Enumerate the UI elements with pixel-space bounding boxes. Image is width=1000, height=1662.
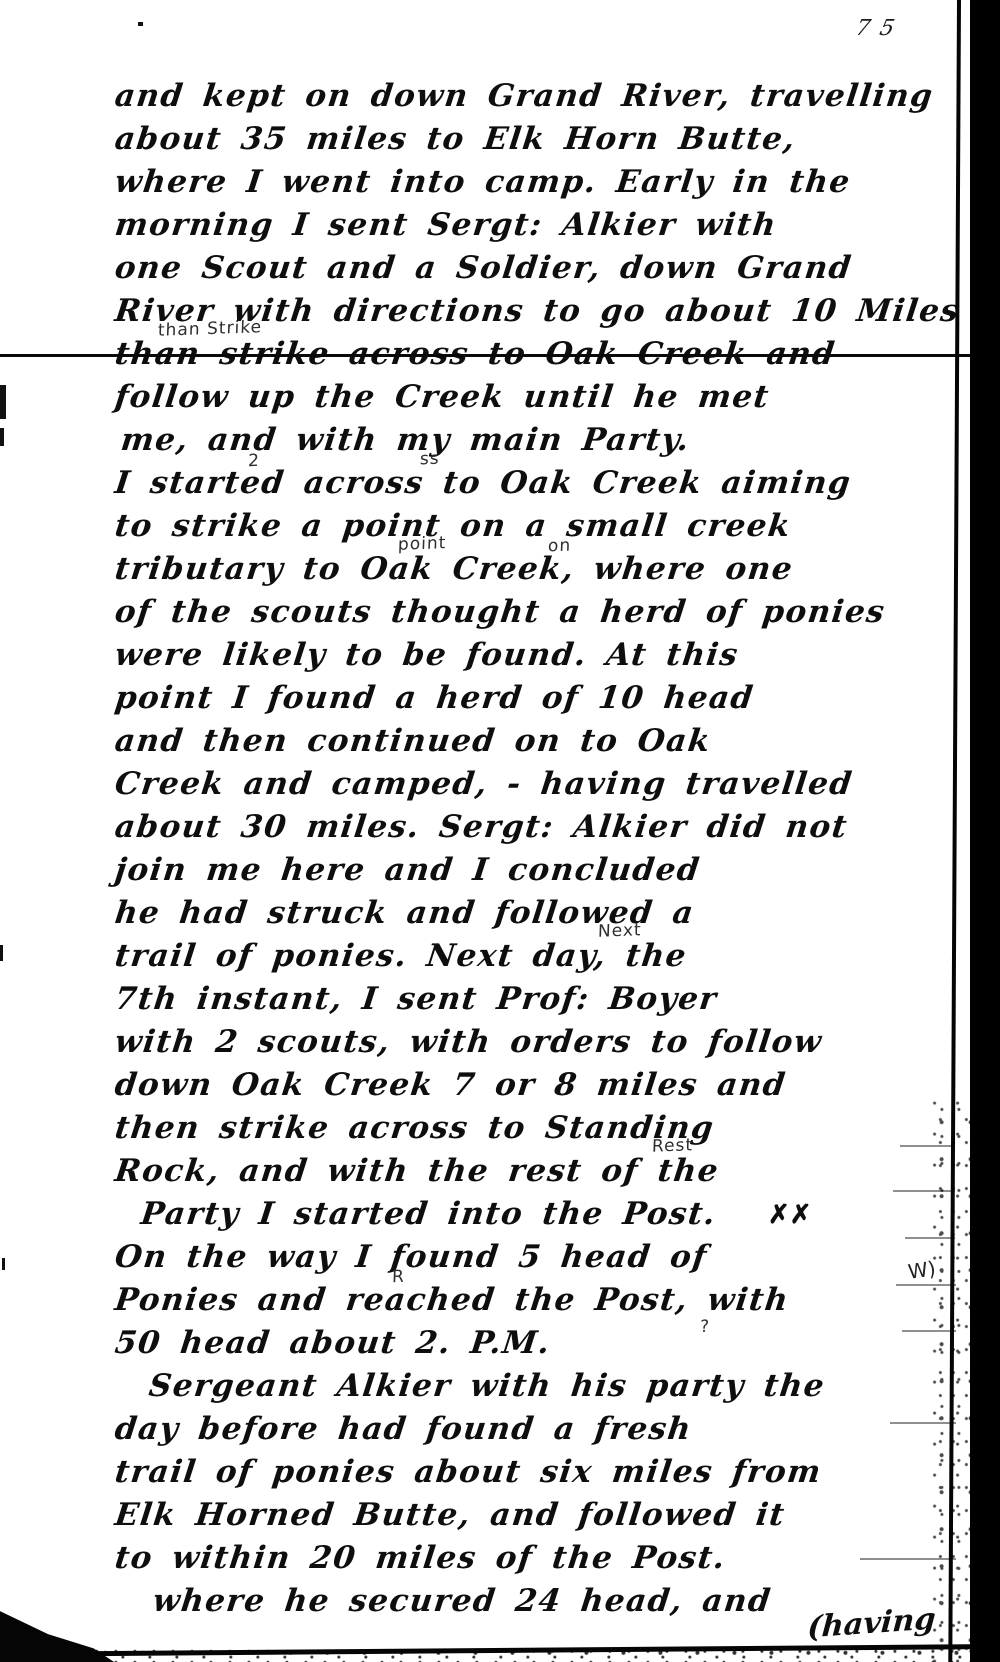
scan-speck xyxy=(0,385,6,419)
pencil-annotation: Next xyxy=(598,920,642,942)
handwritten-line: about 35 miles to Elk Horn Butte, xyxy=(112,121,798,164)
handwritten-line: 50 head about 2. P.M. xyxy=(112,1325,553,1368)
handwritten-line: with 2 scouts, with orders to follow xyxy=(112,1024,824,1067)
handwritten-line: Elk Horned Butte, and followed it xyxy=(112,1497,787,1540)
pencil-annotation: point xyxy=(398,533,447,555)
handwritten-line: down Oak Creek 7 or 8 miles and xyxy=(112,1067,788,1110)
handwritten-line: Party I started into the Post. xyxy=(138,1196,718,1239)
handwritten-line: me, and with my main Party. xyxy=(118,422,692,465)
handwritten-line: to strike a point on a small creek xyxy=(112,508,793,551)
pencil-annotation: than Strike xyxy=(158,317,263,341)
handwritten-line: one Scout and a Soldier, down Grand xyxy=(112,250,854,293)
handwritten-line: Creek and camped, - having travelled xyxy=(112,766,855,809)
scan-speck xyxy=(2,1258,5,1270)
scan-speck xyxy=(0,945,3,961)
handwritten-line: trail of ponies about six miles from xyxy=(112,1454,824,1497)
handwritten-line: tributary to Oak Creek, where one xyxy=(112,551,795,594)
handwritten-line: where he secured 24 head, and xyxy=(150,1583,774,1626)
scan-speck xyxy=(0,428,4,446)
handwritten-line: Sergeant Alkier with his party the xyxy=(146,1368,827,1411)
handwritten-line: I started across to Oak Creek aiming xyxy=(112,465,853,508)
handwritten-line: day before had found a fresh xyxy=(112,1411,694,1454)
handwritten-line: 7th instant, I sent Prof: Boyer xyxy=(112,981,720,1024)
handwritten-line: On the way I found 5 head of xyxy=(112,1239,710,1282)
pencil-annotation: R xyxy=(392,1267,406,1287)
handwritten-line: and kept on down Grand River, travelling xyxy=(112,78,936,121)
handwritten-line: about 30 miles. Sergt: Alkier did not xyxy=(112,809,850,852)
strike-through-rule-line xyxy=(0,354,1000,357)
right-scan-border xyxy=(970,0,1000,1662)
handwritten-line: trail of ponies. Next day, the xyxy=(112,938,689,981)
handwritten-line: where I went into camp. Early in the xyxy=(112,164,853,207)
scanned-document-page: 75 and kept on down Grand River, travell… xyxy=(0,0,1000,1662)
handwritten-bottom-note: (having xyxy=(806,1602,936,1646)
pencil-annotation: 2 xyxy=(248,451,261,471)
handwritten-line: Ponies and reached the Post, with xyxy=(112,1282,791,1325)
pencil-annotation: ss xyxy=(420,449,440,470)
handwritten-line: and then continued on to Oak xyxy=(112,723,713,766)
handwritten-line: were likely to be found. At this xyxy=(112,637,741,680)
handwritten-line: point I found a herd of 10 head xyxy=(112,680,756,723)
handwritten-line: follow up the Creek until he met xyxy=(112,379,772,422)
pencil-annotation: ? xyxy=(700,1317,711,1337)
pencil-annotation: on xyxy=(548,536,572,557)
page-number: 75 xyxy=(853,16,906,41)
pencil-annotation: Rest xyxy=(652,1135,694,1156)
handwritten-line: Rock, and with the rest of the xyxy=(112,1153,721,1196)
scan-speck xyxy=(138,22,143,26)
right-edge-scan-noise xyxy=(930,1100,972,1662)
handwritten-line: morning I sent Sergt: Alkier with xyxy=(112,207,779,250)
handwritten-line: to within 20 miles of the Post. xyxy=(112,1540,728,1583)
handwritten-line: then strike across to Standing xyxy=(112,1110,717,1153)
handwritten-line: than strike across to Oak Creek and xyxy=(112,336,838,379)
ink-scribble-mark: ✗✗ xyxy=(768,1200,812,1230)
handwritten-line: of the scouts thought a herd of ponies xyxy=(112,594,888,637)
handwritten-line: join me here and I concluded xyxy=(112,852,702,895)
